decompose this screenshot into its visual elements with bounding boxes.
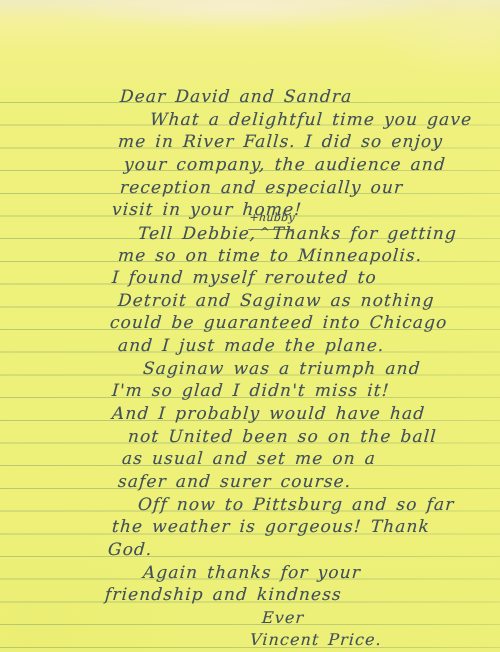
handwritten-letter-page: Dear David and Sandra What a delightful … — [0, 0, 500, 652]
letter-line: reception and especially our — [119, 177, 404, 199]
letter-line: Off now to Pittsburg and so far — [137, 494, 455, 516]
letter-signoff: Ever — [261, 607, 305, 629]
letter-line: me in River Falls. I did so enjoy — [117, 131, 444, 153]
letter-line: the weather is gorgeous! Thank — [111, 516, 430, 538]
letter-line: And I probably would have had — [111, 403, 426, 425]
inserted-word: +hubby — [249, 207, 296, 230]
letter-line: Again thanks for your — [142, 562, 361, 584]
letter-line: What a delightful time you gave — [149, 109, 473, 131]
letter-line-salutation: Dear David and Sandra — [119, 86, 353, 108]
insertion-line-after: Thanks for getting — [272, 224, 458, 244]
letter-line: could be guaranteed into Chicago — [109, 312, 448, 334]
letter-line: as usual and set me on a — [121, 448, 377, 470]
insertion-anchor: ^+hubby — [256, 222, 273, 239]
letter-line: your company, the audience and — [123, 154, 446, 176]
letter-line: safer and surer course. — [117, 471, 352, 493]
letter-line: and I just made the plane. — [117, 335, 385, 357]
letter-line: God. — [107, 539, 153, 561]
letter-line: I found myself rerouted to — [111, 267, 377, 289]
insertion-line-before: Tell Debbie, — [137, 224, 257, 244]
letter-line: Detroit and Saginaw as nothing — [117, 290, 435, 312]
letter-line-with-insertion: Tell Debbie,^+hubbyThanks for getting — [137, 222, 458, 245]
letter-line: Saginaw was a triumph and — [142, 358, 421, 380]
letter-line: not United been so on the ball — [127, 426, 437, 448]
letter-line: I'm so glad I didn't miss it! — [111, 380, 390, 402]
letter-line: me so on time to Minneapolis. — [117, 245, 423, 267]
letter-signature: Vincent Price. — [249, 629, 382, 651]
letter-line: friendship and kindness — [104, 584, 342, 606]
